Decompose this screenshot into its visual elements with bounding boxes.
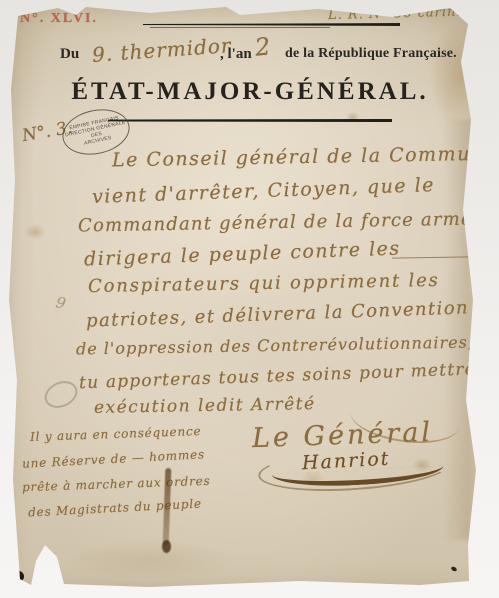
ink-blot	[162, 540, 171, 553]
body-line: patriotes, et délivrera la Convention	[86, 297, 470, 331]
ink-spot	[13, 571, 24, 582]
document-scan: N°. XLVI. L. R. N° 36 carin. 12. Du 9. t…	[0, 0, 499, 598]
body-line: tu apporteras tous tes soins pour mettre…	[79, 359, 494, 393]
body-line: de l'oppression des Contrerévolutionnair…	[76, 333, 474, 359]
body-line: exécution ledit Arrêté	[94, 394, 316, 418]
registry-annotation: L. R. N° 36 carin. 12.	[328, 4, 491, 23]
margin-note-line: Il y aura en conséquence	[30, 424, 202, 444]
stain	[60, 540, 240, 580]
pencil-oval-mark	[40, 376, 81, 413]
margin-note-line: des Magistrats du peuple	[28, 496, 202, 519]
line-filler-dash	[392, 256, 470, 258]
masthead-title: ÉTAT-MAJOR-GÉNÉRAL.	[50, 78, 450, 106]
body-line: Commandant général de la force armée	[78, 208, 485, 236]
margin-note-line: une Réserve de — hommes	[22, 447, 205, 471]
date-prefix: Du	[60, 46, 79, 63]
stain	[430, 20, 490, 130]
top-rule-echo	[150, 27, 330, 28]
body-line: dirigera le peuple contre les	[84, 237, 401, 270]
body-line: vient d'arrêter, Citoyen, que le	[92, 174, 436, 208]
stain	[444, 120, 484, 540]
margin-mark: 9	[54, 293, 67, 313]
date-year-handwritten: 2	[254, 32, 272, 61]
stain	[24, 224, 46, 240]
top-rule	[143, 23, 400, 26]
date-suffix: de la République Française.	[285, 46, 457, 62]
ink-speck	[450, 566, 457, 572]
paper-sheet: N°. XLVI. L. R. N° 36 carin. 12. Du 9. t…	[0, 0, 499, 598]
stamp-line: ARCHIVES	[84, 135, 113, 147]
title-underline	[108, 119, 392, 122]
archive-number-red: N°. XLVI.	[20, 11, 98, 27]
body-line: Le Conseil général de la Commune	[112, 143, 498, 172]
margin-note-line: prête à marcher aux ordres	[22, 474, 211, 495]
date-infix: , l'an	[220, 46, 252, 63]
body-line: Conspirateurs qui oppriment les	[88, 270, 440, 297]
date-day-handwritten: 9. thermidor	[91, 33, 232, 67]
